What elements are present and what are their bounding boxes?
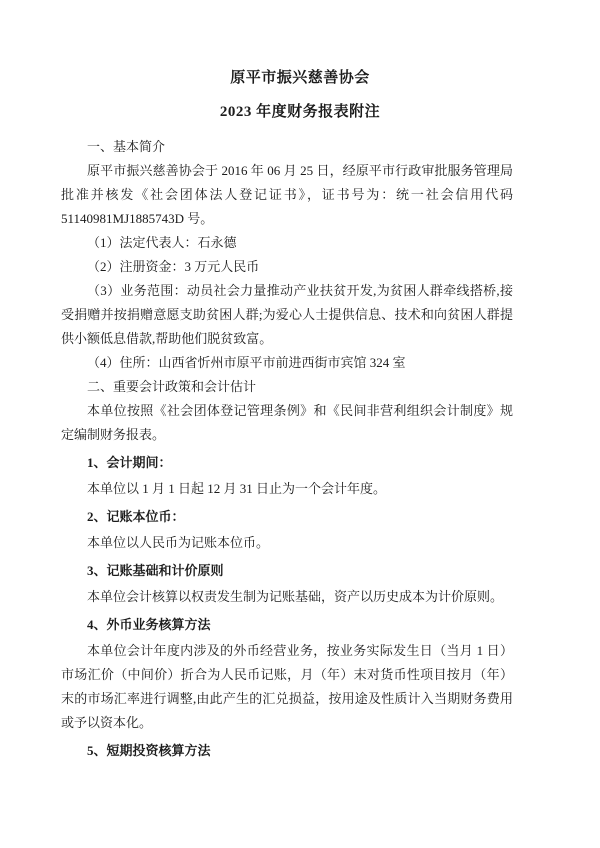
section-heading: 一、基本简介: [61, 135, 513, 159]
paragraph: （2）注册资金：3 万元人民币: [61, 255, 513, 279]
document-title: 原平市振兴慈善协会: [0, 64, 600, 92]
paragraph: 本单位会计核算以权责发生制为记账基础，资产以历史成本为计价原则。: [61, 585, 513, 609]
paragraph: （1）法定代表人：石永德: [61, 231, 513, 255]
paragraph: 原平市振兴慈善协会于 2016 年 06 月 25 日，经原平市行政审批服务管理…: [61, 159, 513, 231]
subsection-heading: 3、记账基础和计价原则: [61, 559, 513, 583]
paragraph: （4）住所：山西省忻州市原平市前进西街市宾馆 324 室: [61, 351, 513, 375]
paragraph: （3）业务范围：动员社会力量推动产业扶贫开发,为贫困人群牵线搭桥,接受捐赠并按捐…: [61, 279, 513, 351]
document-page: 原平市振兴慈善协会 2023 年度财务报表附注 一、基本简介原平市振兴慈善协会于…: [0, 0, 600, 763]
document-subtitle: 2023 年度财务报表附注: [0, 98, 600, 126]
subsection-heading: 2、记账本位币：: [61, 505, 513, 529]
subsection-heading: 1、会计期间：: [61, 451, 513, 475]
paragraph: 本单位按照《社会团体登记管理条例》和《民间非营利组织会计制度》规定编制财务报表。: [61, 399, 513, 447]
subsection-heading: 5、短期投资核算方法: [61, 739, 513, 763]
section-heading: 二、重要会计政策和会计估计: [61, 375, 513, 399]
document-header: 原平市振兴慈善协会 2023 年度财务报表附注: [0, 0, 600, 126]
paragraph: 本单位会计年度内涉及的外币经营业务，按业务实际发生日（当月 1 日）市场汇价（中…: [61, 639, 513, 735]
paragraph: 本单位以人民币为记账本位币。: [61, 531, 513, 555]
paragraph: 本单位以 1 月 1 日起 12 月 31 日止为一个会计年度。: [61, 477, 513, 501]
subsection-heading: 4、外币业务核算方法: [61, 613, 513, 637]
document-body: 一、基本简介原平市振兴慈善协会于 2016 年 06 月 25 日，经原平市行政…: [0, 135, 600, 763]
